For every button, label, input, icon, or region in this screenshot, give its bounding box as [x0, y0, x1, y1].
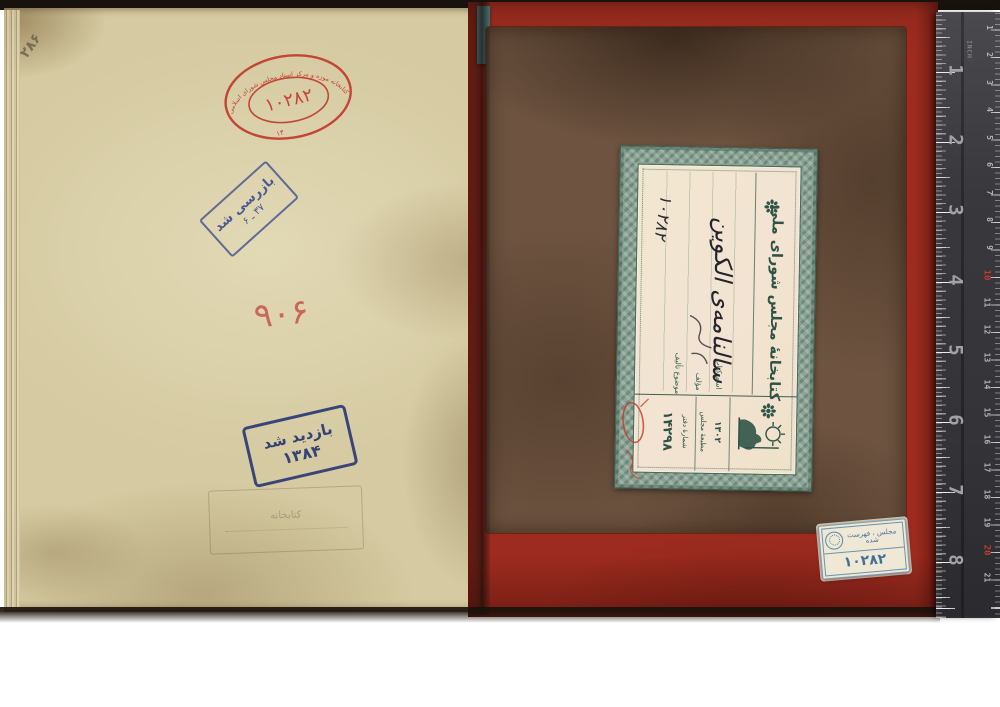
ruler-cm-number: 19 [983, 517, 992, 527]
ruler-cm-number: 17 [983, 462, 992, 472]
spine-shadow [469, 2, 490, 615]
ruler-inch-number: 8 [945, 554, 967, 565]
ruler-inch-number: 1 [945, 64, 967, 75]
ruler-groove [961, 12, 964, 618]
ruler-cm-number: 4 [985, 107, 994, 112]
red-handwritten-number: ۹۰۶ [252, 291, 311, 337]
ruler-cm-number: 8 [985, 217, 994, 222]
ruler-cm-number: 14 [983, 380, 992, 390]
rosette-icon [764, 199, 780, 215]
ruler-inch-number: 4 [945, 274, 967, 285]
bookplate-field-book-name: اسم کتاب [714, 359, 724, 390]
visit-stamp: بازدید شد ۱۳۸۴ [241, 404, 358, 488]
ruler-inch-number: 7 [945, 484, 967, 495]
ruler-inch-ticks [936, 12, 955, 618]
bookplate-paper: کتابخانهٔ مجلس شورای ملی [632, 164, 801, 476]
ruler-inch-number: 2 [945, 134, 967, 145]
ruler-inch-number: 6 [945, 414, 967, 425]
endpaper-page: ۲۸۶ کتابخانه موزه و مرکز اسناد مجلس شورا… [4, 8, 480, 612]
scan-shadow-bottom [0, 607, 940, 623]
oval-stamp-number: ۱۰۲۸۲ [263, 84, 315, 116]
faint-stamp: کتابخانه [208, 485, 364, 554]
ruler-cm-number: 18 [983, 490, 992, 500]
lion-and-sun-emblem-icon [733, 411, 788, 456]
oval-stamp-date-fragment: ۱۳ [275, 128, 285, 138]
bookplate-field-subject: موضوع تألیف [673, 352, 683, 394]
ruler-cm-number: 6 [985, 162, 994, 167]
red-pen-marks [615, 392, 657, 485]
catalog-label-seal-icon [824, 531, 844, 551]
bookplate-register-number: ۱۴۲۹۸ [659, 411, 675, 451]
scanned-book-photo: ۲۸۶ کتابخانه موزه و مرکز اسناد مجلس شورا… [0, 0, 1000, 707]
catalog-label: مجلس ، فهرست شده ۱۰۲۸۲ [818, 518, 910, 579]
ruler-cm-number: 2 [985, 52, 994, 57]
inspection-stamp-text: بازرسی شد [211, 173, 278, 236]
ruler-cm-number: 10 [982, 270, 992, 281]
bookplate-register-label: شمارهٔ دفتر [681, 415, 690, 449]
ruler-cm-number: 15 [983, 407, 992, 417]
ruler-cm-number: 16 [983, 435, 992, 445]
bookplate-field-author: مؤلف [694, 373, 703, 391]
bookplate-press-line: مطبعهٔ مجلس [699, 411, 708, 452]
page-stack-edges [4, 10, 20, 610]
catalog-label-text: مجلس ، فهرست شده [842, 528, 901, 547]
bookplate-press-year: ۱۳۰۲ [712, 421, 722, 443]
pencil-note: ۲۸۶ [17, 31, 45, 61]
ruler-cm-number: 21 [983, 572, 992, 582]
ruler-cm-number: 7 [985, 190, 994, 195]
ink-scribble [683, 305, 718, 376]
ruler-cm-number: 13 [983, 352, 992, 362]
ruler-inch-number: 3 [945, 204, 967, 215]
ruler-cm-number: 9 [985, 245, 994, 250]
inspection-stamp: بازرسی شد ۳۷ ـ ۶ [199, 160, 299, 257]
ruler-cm-ticks [991, 12, 1000, 618]
ruler-cm-number: 11 [983, 297, 992, 307]
ruler-cm-number: 3 [985, 80, 994, 85]
ruler-cm-number: 5 [985, 135, 994, 140]
oval-library-stamp: کتابخانه موزه و مرکز اسناد مجلس شورای اس… [215, 40, 362, 152]
bookplate-label: کتابخانهٔ مجلس شورای ملی [614, 145, 818, 491]
faint-stamp-text: کتابخانه [270, 510, 302, 524]
ruler-cm-number: 12 [983, 325, 992, 335]
ruler-inch-number: 5 [945, 344, 967, 355]
ruler-unit-label: INCH [966, 40, 973, 58]
ruler-cm-number: 20 [982, 545, 992, 556]
metal-ruler: INCH 12345678 12345678910111213141516171… [936, 12, 1000, 618]
ruler-cm-number: 1 [985, 25, 994, 30]
faint-stamp-rule [226, 527, 348, 532]
